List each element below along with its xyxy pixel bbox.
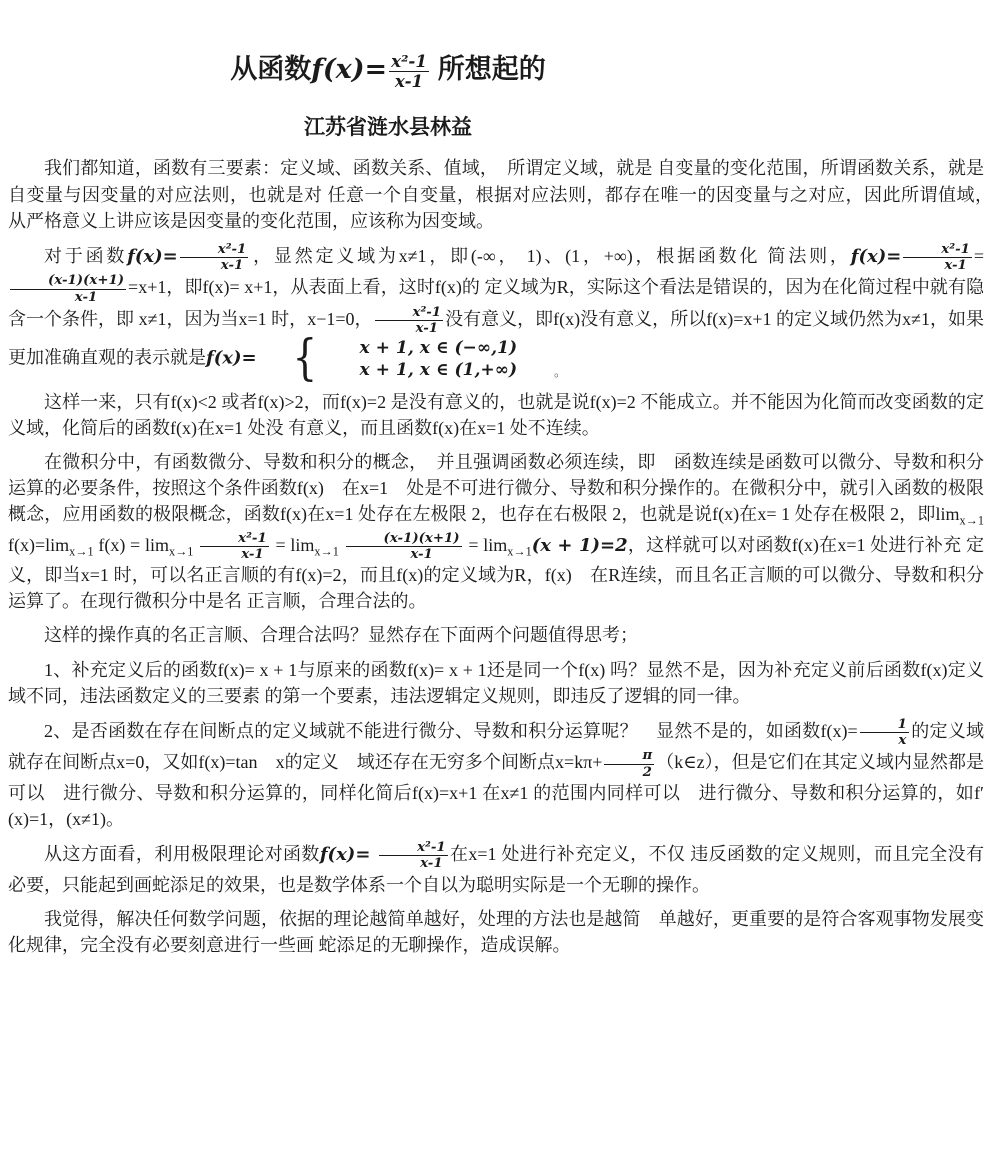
cases-rows: x + 1, x ∈ (−∞,1)x + 1, x ∈ (1,+∞) bbox=[324, 337, 518, 381]
fraction-denominator: 2 bbox=[604, 764, 654, 780]
paragraph: 对于函数f(x)=x²-1x-1，显然定义域为x≠1，即(-∞， 1)、(1，+… bbox=[8, 242, 984, 381]
math-run: f(x)= bbox=[311, 54, 387, 85]
text-run: 这样的操作真的名正言顺、合理合法吗？显然存在下面两个问题值得思考； bbox=[44, 625, 638, 645]
fraction-denominator: x-1 bbox=[10, 289, 126, 305]
text-run: 我觉得，解决任何数学问题，依据的理论越简单越好，处理的方法也是越简 单越好，更重… bbox=[8, 909, 984, 955]
limit-subscript: x→1 bbox=[69, 544, 93, 558]
inline-fraction: x²-1x-1 bbox=[387, 52, 431, 91]
limit-operator: limx→1 bbox=[483, 535, 531, 555]
text-run: 对于函数 bbox=[44, 246, 127, 266]
limit-operator: limx→1 bbox=[45, 535, 93, 555]
math-run: (x + 1)=2 bbox=[532, 535, 628, 556]
cases-suffix: 。 bbox=[518, 364, 566, 381]
inline-fraction: (x-1)(x+1)x-1 bbox=[8, 273, 128, 305]
fraction-denominator: x-1 bbox=[180, 257, 249, 273]
case-row: x + 1, x ∈ (1,+∞) bbox=[324, 359, 518, 381]
inline-fraction: π2 bbox=[602, 748, 656, 780]
limit-subscript: x→1 bbox=[960, 514, 984, 528]
fraction-numerator: (x-1)(x+1) bbox=[10, 273, 126, 288]
text-run: 从这方面看，利用极限理论对函数 bbox=[44, 844, 320, 864]
inline-fraction: x²-1x-1 bbox=[901, 242, 974, 274]
paragraph: 我觉得，解决任何数学问题，依据的理论越简单越好，处理的方法也是越简 单越好，更重… bbox=[8, 906, 984, 958]
limit-operator: limx→1 bbox=[936, 504, 984, 524]
paragraph: 在微积分中，有函数微分、导数和积分的概念， 并且强调函数必须连续，即 函数连续是… bbox=[8, 449, 984, 614]
fraction-denominator: x-1 bbox=[375, 320, 444, 336]
paragraph: 我们都知道，函数有三要素：定义域、函数关系、值域， 所谓定义域，就是 自变量的变… bbox=[8, 155, 984, 233]
inline-fraction: x²-1x-1 bbox=[198, 531, 271, 563]
limit-subscript: x→1 bbox=[507, 544, 531, 558]
text-run: 2、是否函数在存在间断点的定义域就不能进行微分、导数和积分运算呢？ 显然不是的，… bbox=[44, 721, 858, 741]
fraction-denominator: x-1 bbox=[379, 855, 448, 871]
math-run: f(x)= bbox=[320, 844, 377, 865]
text-run: 1、补充定义后的函数f(x)= x + 1与原来的函数f(x)= x + 1还是… bbox=[8, 660, 984, 706]
fraction-numerator: x²-1 bbox=[903, 242, 972, 257]
title-wrap: 从函数f(x)=x²-1x-1 所想起的 bbox=[8, 52, 768, 91]
fraction-numerator: 1 bbox=[860, 717, 909, 732]
fraction-numerator: x²-1 bbox=[200, 531, 269, 546]
text-run: = bbox=[974, 246, 984, 266]
text-run: f(x)= bbox=[8, 535, 45, 555]
text-run: 在微积分中，有函数微分、导数和积分的概念， 并且强调函数必须连续，即 函数连续是… bbox=[8, 452, 984, 524]
left-brace: { bbox=[263, 338, 317, 379]
fraction-numerator: x²-1 bbox=[180, 242, 249, 257]
limit-operator: limx→1 bbox=[145, 535, 193, 555]
limit-operator: limx→1 bbox=[290, 535, 338, 555]
math-run: f(x)= bbox=[851, 246, 902, 267]
inline-fraction: (x-1)(x+1)x-1 bbox=[344, 531, 464, 563]
fraction-denominator: x-1 bbox=[346, 546, 462, 562]
text-run: = bbox=[464, 535, 484, 555]
fraction-numerator: x²-1 bbox=[389, 52, 429, 71]
text-run: 所想起的 bbox=[431, 54, 546, 84]
text-run: f(x) = bbox=[94, 535, 145, 555]
limit-subscript: x→1 bbox=[169, 544, 193, 558]
fraction-denominator: x-1 bbox=[903, 257, 972, 273]
limit-subscript: x→1 bbox=[314, 544, 338, 558]
inline-fraction: x²-1x-1 bbox=[377, 840, 450, 872]
inline-fraction: x²-1x-1 bbox=[373, 305, 446, 337]
piecewise-cases: {x + 1, x ∈ (−∞,1)x + 1, x ∈ (1,+∞)。 bbox=[257, 337, 566, 381]
fraction-numerator: x²-1 bbox=[375, 305, 444, 320]
fraction-numerator: (x-1)(x+1) bbox=[346, 531, 462, 546]
document-page: 从函数f(x)=x²-1x-1 所想起的 江苏省涟水县林益 我们都知道，函数有三… bbox=[0, 0, 992, 1158]
inline-fraction: 1x bbox=[858, 717, 911, 749]
case-row: x + 1, x ∈ (−∞,1) bbox=[324, 337, 518, 359]
fraction-denominator: x-1 bbox=[200, 546, 269, 562]
paragraph: 1、补充定义后的函数f(x)= x + 1与原来的函数f(x)= x + 1还是… bbox=[8, 657, 984, 709]
paragraph: 这样一来，只有f(x)<2 或者f(x)>2，而f(x)=2 是没有意义的，也就… bbox=[8, 389, 984, 441]
math-run: f(x)= bbox=[206, 347, 257, 368]
math-run: f(x)= bbox=[127, 246, 178, 267]
fraction-denominator: x bbox=[860, 732, 909, 748]
author: 江苏省涟水县林益 bbox=[8, 111, 768, 141]
document-body: 我们都知道，函数有三要素：定义域、函数关系、值域， 所谓定义域，就是 自变量的变… bbox=[8, 155, 984, 958]
fraction-numerator: x²-1 bbox=[379, 840, 448, 855]
fraction-denominator: x-1 bbox=[389, 71, 429, 91]
text-run: = bbox=[271, 535, 291, 555]
inline-fraction: x²-1x-1 bbox=[178, 242, 251, 274]
text-run: ，显然定义域为x≠1，即(-∞， 1)、(1，+∞)，根据函数化 简法则， bbox=[250, 246, 850, 266]
paragraph: 从这方面看，利用极限理论对函数f(x)= x²-1x-1在x=1 处进行补充定义… bbox=[8, 840, 984, 898]
paragraph: 这样的操作真的名正言顺、合理合法吗？显然存在下面两个问题值得思考； bbox=[8, 622, 984, 648]
paragraph: 2、是否函数在存在间断点的定义域就不能进行微分、导数和积分运算呢？ 显然不是的，… bbox=[8, 717, 984, 832]
page-title: 从函数f(x)=x²-1x-1 所想起的 bbox=[8, 52, 768, 91]
fraction-numerator: π bbox=[604, 748, 654, 763]
text-run: 这样一来，只有f(x)<2 或者f(x)>2，而f(x)=2 是没有意义的，也就… bbox=[8, 392, 984, 438]
text-run: 从函数 bbox=[230, 54, 311, 84]
text-run: 我们都知道，函数有三要素：定义域、函数关系、值域， 所谓定义域，就是 自变量的变… bbox=[8, 158, 992, 230]
